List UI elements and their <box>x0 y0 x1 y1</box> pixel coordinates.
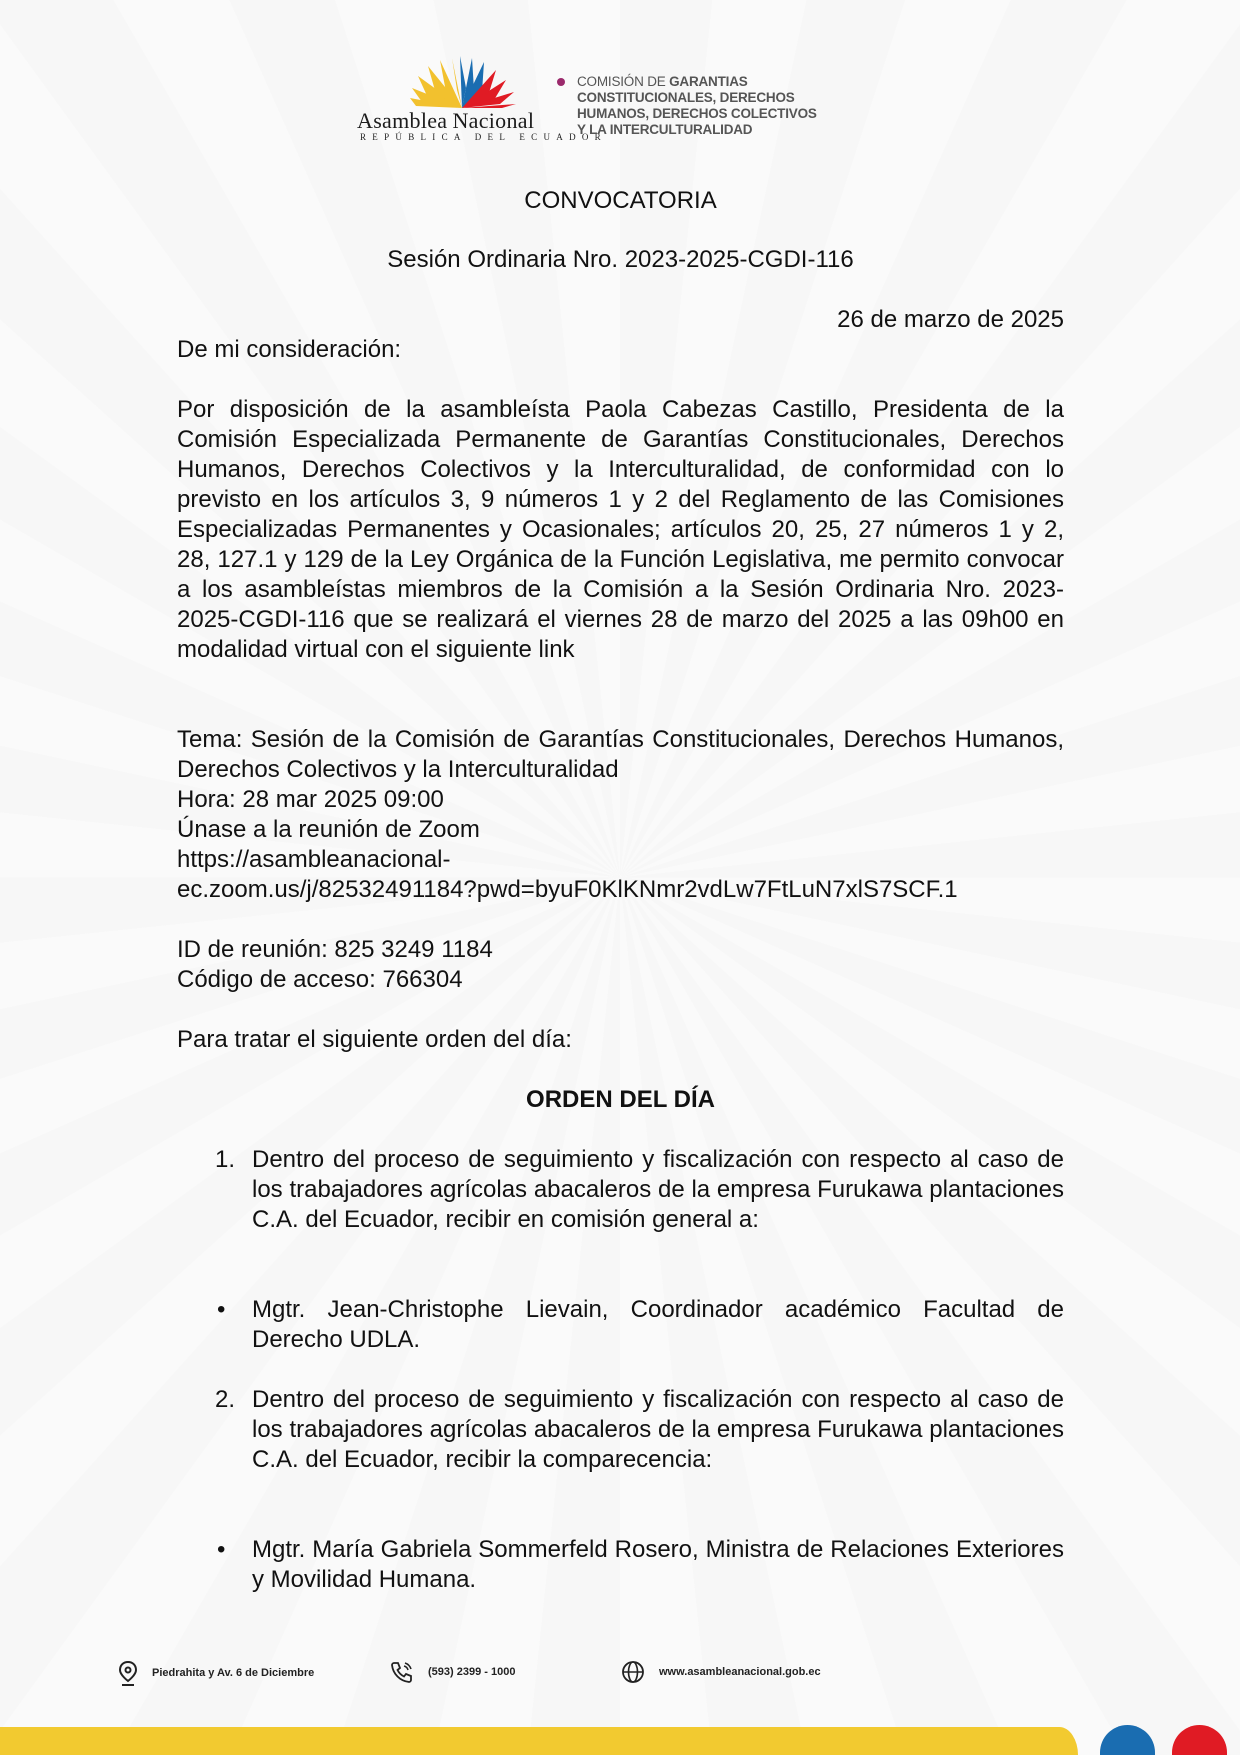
agenda-invitee: • Mgtr. María Gabriela Sommerfeld Rosero… <box>215 1535 1064 1595</box>
agenda-title: ORDEN DEL DÍA <box>177 1085 1064 1115</box>
agenda-item: 1. Dentro del proceso de seguimiento y f… <box>215 1145 1064 1235</box>
meeting-credentials: ID de reunión: 825 3249 1184 Código de a… <box>177 935 493 995</box>
main-paragraph: Por disposición de la asambleísta Paola … <box>177 395 1064 665</box>
globe-icon <box>621 1660 645 1684</box>
commission-line-4: Y LA INTERCULTURALIDAD <box>577 122 817 138</box>
greeting: De mi consideración: <box>177 335 401 365</box>
document-date: 26 de marzo de 2025 <box>837 305 1064 335</box>
phone-icon <box>390 1660 414 1684</box>
access-code: Código de acceso: 766304 <box>177 965 493 995</box>
agenda-item-text: Dentro del proceso de seguimiento y fisc… <box>252 1145 1064 1235</box>
agenda-item: 2. Dentro del proceso de seguimiento y f… <box>215 1385 1064 1475</box>
zoom-link-line-1[interactable]: https://asambleanacional- <box>177 845 1064 875</box>
footer-red-shape <box>1172 1725 1227 1755</box>
agenda-item-number: 2. <box>215 1385 235 1415</box>
commission-line-3: HUMANOS, DERECHOS COLECTIVOS <box>577 106 817 122</box>
commission-line-2: CONSTITUCIONALES, DERECHOS <box>577 90 817 106</box>
bullet-dot-icon <box>557 78 565 86</box>
address-text: Piedrahita y Av. 6 de Diciembre <box>152 1667 314 1679</box>
meeting-time: Hora: 28 mar 2025 09:00 <box>177 785 1064 815</box>
footer-website[interactable]: www.asambleanacional.gob.ec <box>621 1660 821 1684</box>
commission-prefix: COMISIÓN DE <box>577 74 669 89</box>
letterhead: Asamblea Nacional REPÚBLICA DEL ECUADOR … <box>355 52 915 152</box>
agenda-item-text: Dentro del proceso de seguimiento y fisc… <box>252 1385 1064 1475</box>
footer-phone: (593) 2399 - 1000 <box>390 1660 515 1684</box>
commission-name: COMISIÓN DE GARANTIAS CONSTITUCIONALES, … <box>577 74 817 138</box>
document-title: CONVOCATORIA <box>177 186 1064 216</box>
logo-word-1: Asamblea <box>357 108 447 133</box>
meeting-id: ID de reunión: 825 3249 1184 <box>177 935 493 965</box>
meeting-details: Tema: Sesión de la Comisión de Garantías… <box>177 725 1064 905</box>
agenda-invitee: • Mgtr. Jean-Christophe Lievain, Coordin… <box>215 1295 1064 1355</box>
agenda-item-number: 1. <box>215 1145 235 1175</box>
session-number: Sesión Ordinaria Nro. 2023-2025-CGDI-116 <box>177 245 1064 275</box>
website-link[interactable]: www.asambleanacional.gob.ec <box>659 1666 821 1678</box>
bullet-icon: • <box>217 1295 225 1325</box>
bullet-icon: • <box>217 1535 225 1565</box>
sunburst-logo-icon <box>407 56 517 108</box>
invitee-text: Mgtr. María Gabriela Sommerfeld Rosero, … <box>252 1535 1064 1595</box>
zoom-link-line-2[interactable]: ec.zoom.us/j/82532491184?pwd=byuF0KlKNmr… <box>177 875 1064 905</box>
invitee-text: Mgtr. Jean-Christophe Lievain, Coordinad… <box>252 1295 1064 1355</box>
footer-contact: Piedrahita y Av. 6 de Diciembre (593) 23… <box>118 1660 1018 1686</box>
meeting-join: Únase a la reunión de Zoom <box>177 815 1064 845</box>
location-pin-icon <box>118 1660 138 1686</box>
asamblea-logo: Asamblea Nacional REPÚBLICA DEL ECUADOR <box>355 52 570 144</box>
agenda-intro: Para tratar el siguiente orden del día: <box>177 1025 572 1055</box>
commission-line-1: GARANTIAS <box>669 74 747 89</box>
logo-word-2: Nacional <box>452 108 534 133</box>
footer-blue-shape <box>1100 1725 1155 1755</box>
logo-subtitle: REPÚBLICA DEL ECUADOR <box>360 132 607 142</box>
phone-text: (593) 2399 - 1000 <box>428 1666 515 1678</box>
meeting-topic: Tema: Sesión de la Comisión de Garantías… <box>177 725 1064 785</box>
footer-yellow-band <box>0 1727 1078 1755</box>
logo-wordmark: Asamblea Nacional <box>357 108 534 134</box>
footer-address: Piedrahita y Av. 6 de Diciembre <box>118 1660 314 1686</box>
